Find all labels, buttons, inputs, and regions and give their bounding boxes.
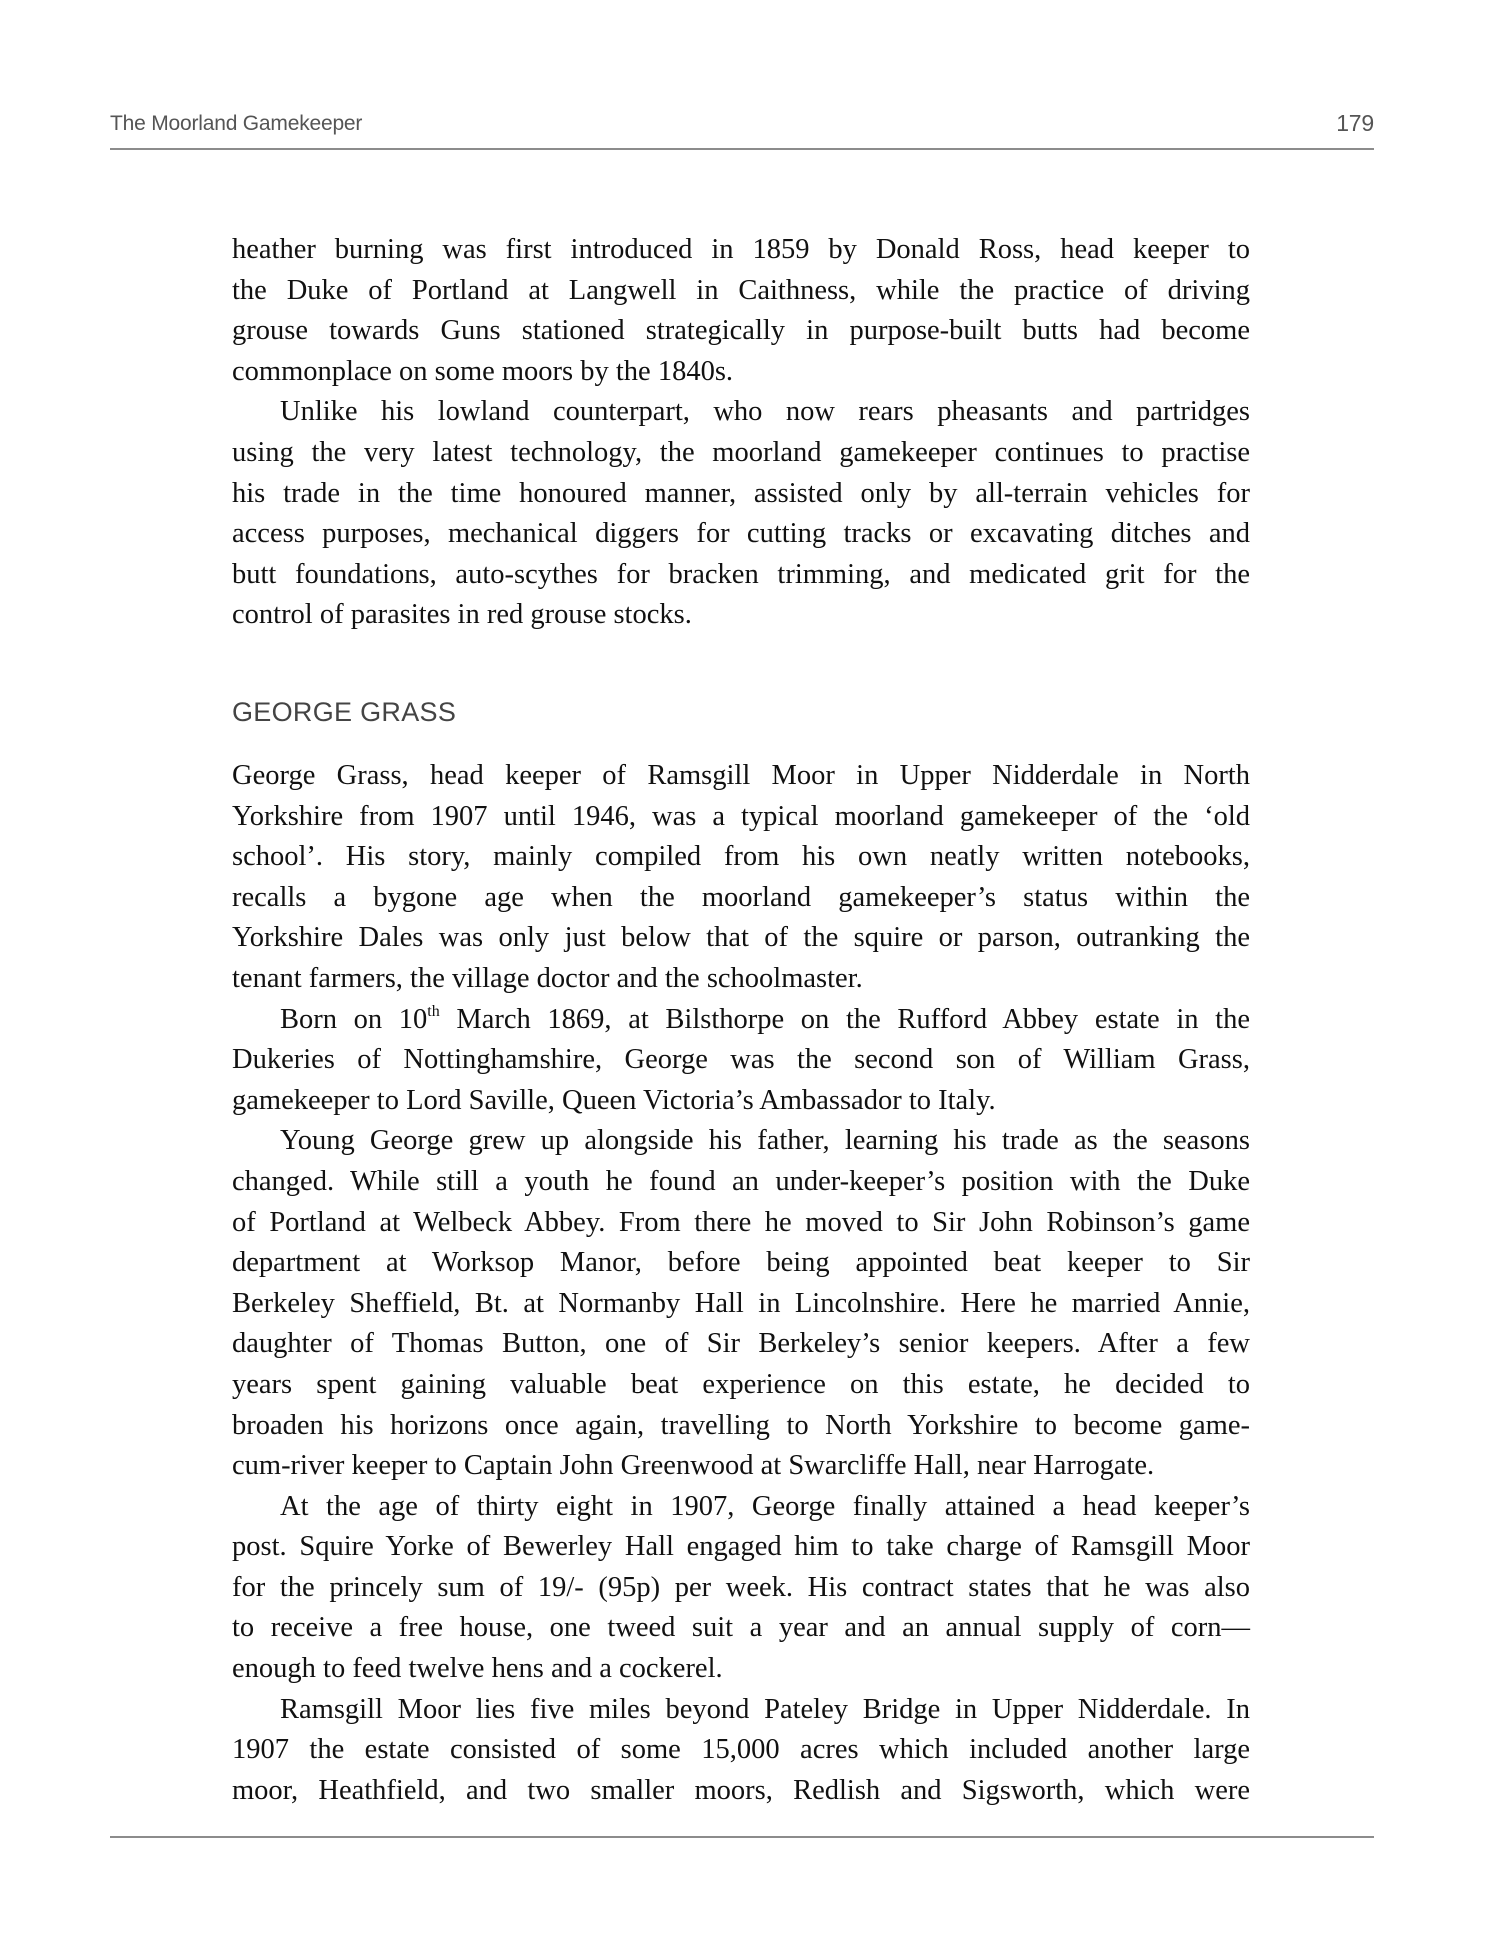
text-line: the Duke of Portland at Langwell in Cait… <box>232 271 1250 312</box>
text-line: commonplace on some moors by the 1840s. <box>232 352 1250 393</box>
text-line: school’. His story, mainly compiled from… <box>232 837 1250 878</box>
paragraph: Born on 10th March 1869, at Bilsthorpe o… <box>232 1000 1250 1122</box>
text-line: 1907 the estate consisted of some 15,000… <box>232 1730 1250 1771</box>
page-number: 179 <box>1336 110 1374 137</box>
text-line: his trade in the time honoured manner, a… <box>232 474 1250 515</box>
footer-rule <box>110 1836 1374 1838</box>
header-rule <box>110 148 1374 150</box>
text-line: for the princely sum of 19/- (95p) per w… <box>232 1568 1250 1609</box>
paragraph: George Grass, head keeper of Ramsgill Mo… <box>232 756 1250 1000</box>
text-line: of Portland at Welbeck Abbey. From there… <box>232 1203 1250 1244</box>
text-line: Young George grew up alongside his fathe… <box>232 1121 1250 1162</box>
text-line: post. Squire Yorke of Bewerley Hall enga… <box>232 1527 1250 1568</box>
text-line: recalls a bygone age when the moorland g… <box>232 878 1250 919</box>
section-heading: GEORGE GRASS <box>232 697 456 728</box>
book-title: The Moorland Gamekeeper <box>110 112 362 136</box>
text-line: butt foundations, auto-scythes for brack… <box>232 555 1250 596</box>
text-line: using the very latest technology, the mo… <box>232 433 1250 474</box>
text-line: Berkeley Sheffield, Bt. at Normanby Hall… <box>232 1284 1250 1325</box>
text-line: enough to feed twelve hens and a cockere… <box>232 1649 1250 1690</box>
text-line: access purposes, mechanical diggers for … <box>232 514 1250 555</box>
text-line: moor, Heathfield, and two smaller moors,… <box>232 1771 1250 1812</box>
text-line: Unlike his lowland counterpart, who now … <box>232 392 1250 433</box>
ordinal-superscript: th <box>427 1003 439 1020</box>
text-line: gamekeeper to Lord Saville, Queen Victor… <box>232 1081 1250 1122</box>
text-line: tenant farmers, the village doctor and t… <box>232 959 1250 1000</box>
running-head: The Moorland Gamekeeper 179 <box>110 108 1374 138</box>
text-line: years spent gaining valuable beat experi… <box>232 1365 1250 1406</box>
section-2-text: George Grass, head keeper of Ramsgill Mo… <box>232 756 1250 1811</box>
text-line: Ramsgill Moor lies five miles beyond Pat… <box>232 1690 1250 1731</box>
paragraph: heather burning was first introduced in … <box>232 230 1250 392</box>
text-line: to receive a free house, one tweed suit … <box>232 1608 1250 1649</box>
text-line-with-superscript: Born on 10th March 1869, at Bilsthorpe o… <box>232 1000 1250 1041</box>
text-line: broaden his horizons once again, travell… <box>232 1406 1250 1447</box>
text-line: daughter of Thomas Button, one of Sir Be… <box>232 1324 1250 1365</box>
text-line: Yorkshire from 1907 until 1946, was a ty… <box>232 797 1250 838</box>
text-line: control of parasites in red grouse stock… <box>232 595 1250 636</box>
text-line: cum-river keeper to Captain John Greenwo… <box>232 1446 1250 1487</box>
paragraph: Unlike his lowland counterpart, who now … <box>232 392 1250 636</box>
text-line: Dukeries of Nottinghamshire, George was … <box>232 1040 1250 1081</box>
text-line: At the age of thirty eight in 1907, Geor… <box>232 1487 1250 1528</box>
text-line: Yorkshire Dales was only just below that… <box>232 918 1250 959</box>
text-line: changed. While still a youth he found an… <box>232 1162 1250 1203</box>
text-line: department at Worksop Manor, before bein… <box>232 1243 1250 1284</box>
text-line: George Grass, head keeper of Ramsgill Mo… <box>232 756 1250 797</box>
paragraph: Young George grew up alongside his fathe… <box>232 1121 1250 1486</box>
text-line: grouse towards Guns stationed strategica… <box>232 311 1250 352</box>
paragraph: Ramsgill Moor lies five miles beyond Pat… <box>232 1690 1250 1812</box>
text-line: heather burning was first introduced in … <box>232 230 1250 271</box>
section-1-text: heather burning was first introduced in … <box>232 230 1250 636</box>
paragraph: At the age of thirty eight in 1907, Geor… <box>232 1487 1250 1690</box>
text-fragment: March 1869, at Bilsthorpe on the Rufford… <box>440 1004 1250 1035</box>
text-fragment: Born on 10 <box>280 1004 427 1035</box>
